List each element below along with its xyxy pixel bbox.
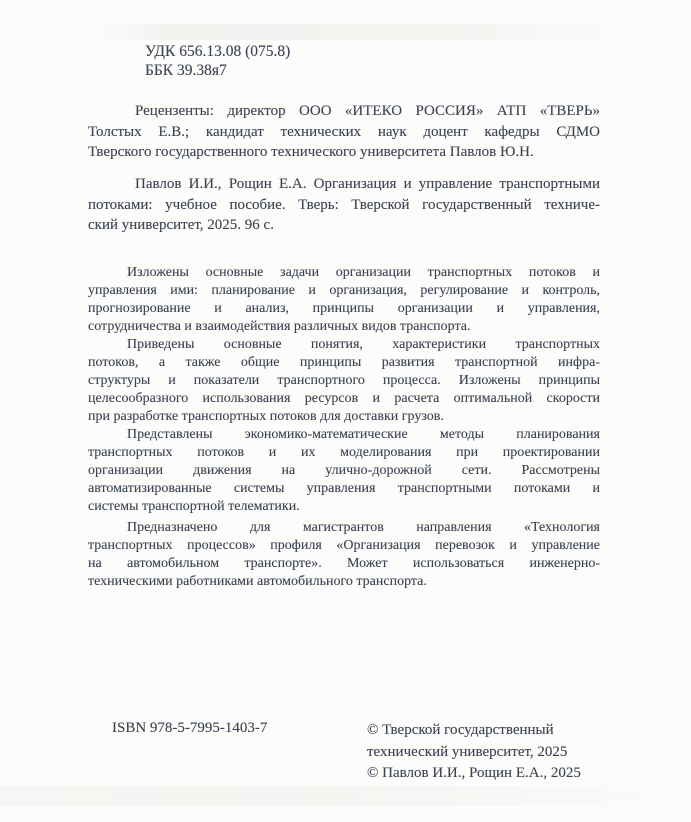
- text-line: потоков, а также общие принципы развития…: [88, 354, 600, 372]
- copyright-line: технический университет, 2025: [367, 742, 581, 764]
- text-line: сотрудничества и взаимодействия различны…: [88, 318, 600, 336]
- text-line: Павлов И.И., Рощин Е.А. Организация и уп…: [88, 174, 600, 195]
- text-line: Изложены основные задачи организации тра…: [88, 264, 600, 282]
- copyright-line: © Тверской государственный: [367, 720, 581, 742]
- book-imprint-page: УДК 656.13.08 (075.8) ББК 39.38я7 Реценз…: [0, 0, 691, 822]
- text-line: на автомобильном транспорте». Может испо…: [88, 555, 600, 573]
- udk-number: УДК 656.13.08 (075.8): [145, 42, 290, 61]
- reviewers-paragraph: Рецензенты: директор ООО «ИТЕКО РОССИЯ» …: [88, 101, 600, 163]
- classification-codes: УДК 656.13.08 (075.8) ББК 39.38я7: [145, 42, 290, 80]
- text-line: Рецензенты: директор ООО «ИТЕКО РОССИЯ» …: [88, 101, 600, 122]
- text-line: целесообразного использования ресурсов и…: [88, 390, 600, 408]
- text-line: организации движения на улично-дорожной …: [88, 462, 600, 480]
- text-line: Тверского государственного технического …: [88, 142, 600, 163]
- text-line: Толстых Е.В.; кандидат технических наук …: [88, 122, 600, 143]
- scan-artifact-band: [0, 786, 691, 806]
- text-line: при разработке транспортных потоков для …: [88, 408, 600, 426]
- copyright-block: © Тверской государственный технический у…: [367, 720, 581, 785]
- text-line: ский университет, 2025. 96 с.: [88, 215, 600, 236]
- text-line: техническими работниками автомобильного …: [88, 573, 600, 591]
- annotation-paragraph-3: Представлены экономико-математические ме…: [88, 426, 600, 516]
- text-line: автоматизированные системы управления тр…: [88, 480, 600, 498]
- annotation-paragraph-4: Предназначено для магистрантов направлен…: [88, 519, 600, 591]
- text-line: системы транспортной телематики.: [88, 498, 600, 516]
- text-line: транспортных потоков и их моделирования …: [88, 444, 600, 462]
- scan-artifact-band: [90, 24, 630, 40]
- text-line: прогнозирование и анализ, принципы орган…: [88, 300, 600, 318]
- text-line: управления ими: планирование и организац…: [88, 282, 600, 300]
- isbn-number: ISBN 978-5-7995-1403-7: [112, 720, 267, 737]
- text-line: потоками: учебное пособие. Тверь: Тверск…: [88, 195, 600, 216]
- annotation-paragraph-1: Изложены основные задачи организации тра…: [88, 264, 600, 336]
- text-line: структуры и показатели транспортного про…: [88, 372, 600, 390]
- copyright-line: © Павлов И.И., Рощин Е.А., 2025: [367, 763, 581, 785]
- text-line: Предназначено для магистрантов направлен…: [88, 519, 600, 537]
- text-line: транспортных процессов» профиля «Организ…: [88, 537, 600, 555]
- text-line: Приведены основные понятия, характеристи…: [88, 336, 600, 354]
- annotation-paragraph-2: Приведены основные понятия, характеристи…: [88, 336, 600, 426]
- text-line: Представлены экономико-математические ме…: [88, 426, 600, 444]
- annotation-block: Изложены основные задачи организации тра…: [88, 264, 600, 591]
- bbk-number: ББК 39.38я7: [145, 61, 290, 80]
- bibliographic-record: Павлов И.И., Рощин Е.А. Организация и уп…: [88, 174, 600, 236]
